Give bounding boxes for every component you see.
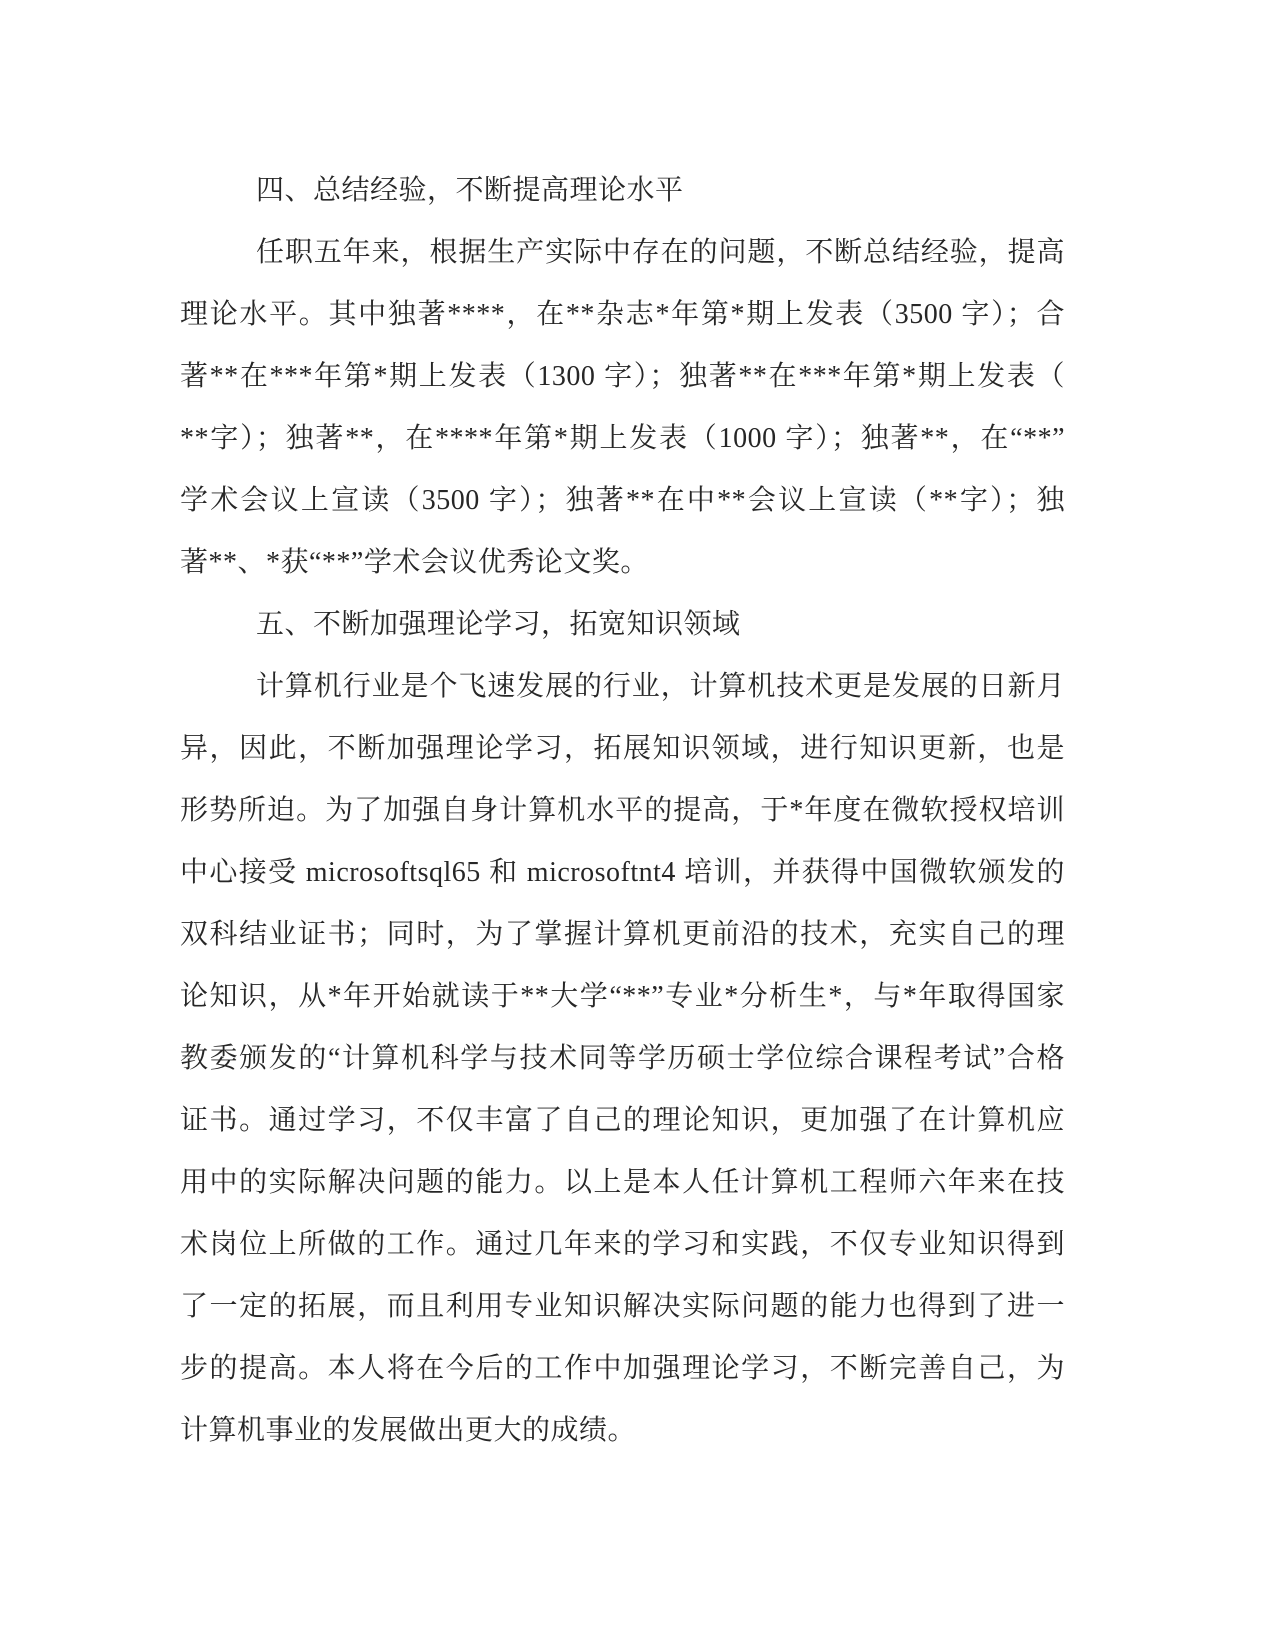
body-text-line: 计算机事业的发展做出更大的成绩。 [180, 1400, 1065, 1462]
body-text-line: 双科结业证书；同时，为了掌握计算机更前沿的技术，充实自己的理 [180, 904, 1065, 966]
body-text-line: 了一定的拓展，而且利用专业知识解决实际问题的能力也得到了进一 [180, 1276, 1065, 1338]
body-text-line: 任职五年来，根据生产实际中存在的问题，不断总结经验，提高 [180, 222, 1065, 284]
body-text-line: 理论水平。其中独著****，在**杂志*年第*期上发表（3500 字）；合 [180, 284, 1065, 346]
body-text-line: 术岗位上所做的工作。通过几年来的学习和实践，不仅专业知识得到 [180, 1214, 1065, 1276]
body-text-line: 异，因此，不断加强理论学习，拓展知识领域，进行知识更新，也是 [180, 718, 1065, 780]
body-text-line: 计算机行业是个飞速发展的行业，计算机技术更是发展的日新月 [180, 656, 1065, 718]
body-text-line: 证书。通过学习，不仅丰富了自己的理论知识，更加强了在计算机应 [180, 1090, 1065, 1152]
body-text-line: **字）；独著**，在****年第*期上发表（1000 字）；独著**，在“**… [180, 408, 1065, 470]
body-text-line: 中心接受 microsoftsql65 和 microsoftnt4 培训，并获… [180, 842, 1065, 904]
section-5: 五、不断加强理论学习，拓宽知识领域 计算机行业是个飞速发展的行业，计算机技术更是… [180, 594, 1065, 1462]
body-text-line: 著**、*获“**”学术会议优秀论文奖。 [180, 532, 1065, 594]
section-4-heading: 四、总结经验，不断提高理论水平 [180, 160, 1065, 222]
document-page: 四、总结经验，不断提高理论水平 任职五年来，根据生产实际中存在的问题，不断总结经… [180, 160, 1065, 1462]
body-text-line: 形势所迫。为了加强自身计算机水平的提高，于*年度在微软授权培训 [180, 780, 1065, 842]
section-5-heading: 五、不断加强理论学习，拓宽知识领域 [180, 594, 1065, 656]
body-text-line: 步的提高。本人将在今后的工作中加强理论学习，不断完善自己，为 [180, 1338, 1065, 1400]
body-text-line: 用中的实际解决问题的能力。以上是本人任计算机工程师六年来在技 [180, 1152, 1065, 1214]
section-4: 四、总结经验，不断提高理论水平 任职五年来，根据生产实际中存在的问题，不断总结经… [180, 160, 1065, 594]
body-text-line: 学术会议上宣读（3500 字）；独著**在中**会议上宣读（**字）；独 [180, 470, 1065, 532]
body-text-line: 论知识，从*年开始就读于**大学“**”专业*分析生*，与*年取得国家 [180, 966, 1065, 1028]
body-text-line: 著**在***年第*期上发表（1300 字）；独著**在***年第*期上发表（ [180, 346, 1065, 408]
body-text-line: 教委颁发的“计算机科学与技术同等学历硕士学位综合课程考试”合格 [180, 1028, 1065, 1090]
